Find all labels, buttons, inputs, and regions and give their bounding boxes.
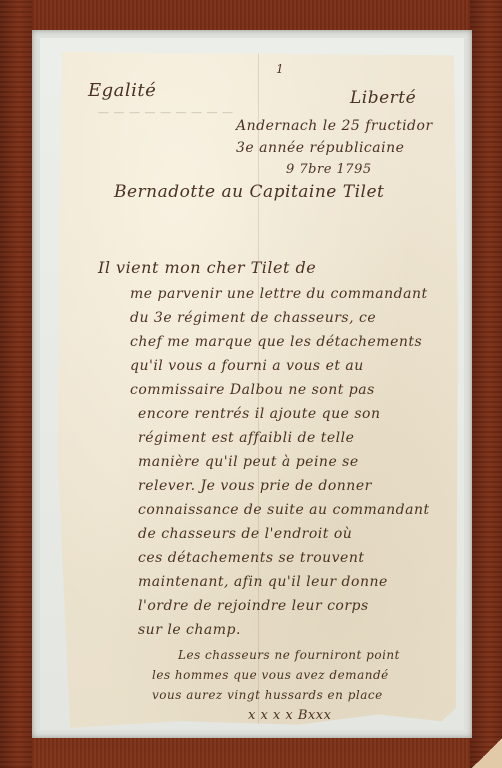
body-line-13: ces détachements se trouvent — [138, 550, 364, 566]
frame-right-rail — [470, 0, 502, 768]
body-line-8: régiment est affaibli de telle — [138, 430, 354, 446]
header-liberte: Liberté — [350, 88, 416, 108]
signature: x x x x Bxxx — [248, 708, 331, 723]
place-date-line-2: 3e année républicaine — [236, 140, 404, 156]
address-line: Bernadotte au Capitaine Tilet — [114, 182, 384, 202]
body-line-9: manière qu'il peut à peine se — [138, 454, 359, 470]
body-line-5: qu'il vous a fourni a vous et au — [130, 358, 364, 374]
body-line-11: connaissance de suite au commandant — [138, 502, 430, 518]
frame-left-rail — [0, 0, 32, 768]
postscript-line-3: vous aurez vingt hussards en place — [152, 688, 383, 702]
header-egalite: Egalité — [88, 80, 156, 101]
postscript-line-1: Les chasseurs ne fourniront point — [178, 648, 400, 662]
postscript-line-2: les hommes que vous avez demandé — [152, 668, 389, 682]
bleed-through-text: — — — — — — — — — — [98, 106, 233, 119]
body-line-2: me parvenir une lettre du commandant — [130, 286, 428, 302]
body-line-15: l'ordre de rejoindre leur corps — [138, 598, 369, 614]
letter-paper: 1 Egalité Liberté — — — — — — — — — Ande… — [58, 52, 458, 728]
page-mark: 1 — [276, 62, 284, 76]
body-line-16: sur le champ. — [138, 622, 241, 638]
body-line-12: de chasseurs de l'endroit où — [138, 526, 352, 542]
body-line-10: relever. Je vous prie de donner — [138, 478, 372, 494]
place-date-line-3: 9 7bre 1795 — [286, 162, 372, 177]
body-line-7: encore rentrés il ajoute que son — [138, 406, 380, 422]
body-line-14: maintenant, afin qu'il leur donne — [138, 574, 388, 590]
body-line-1: Il vient mon cher Tilet de — [98, 258, 316, 277]
body-line-3: du 3e régiment de chasseurs, ce — [130, 310, 376, 326]
place-date-line-1: Andernach le 25 fructidor — [236, 118, 433, 134]
frame-corner-wear — [472, 738, 502, 768]
body-line-6: commissaire Dalbou ne sont pas — [130, 382, 375, 398]
body-line-4: chef me marque que les détachements — [130, 334, 422, 350]
